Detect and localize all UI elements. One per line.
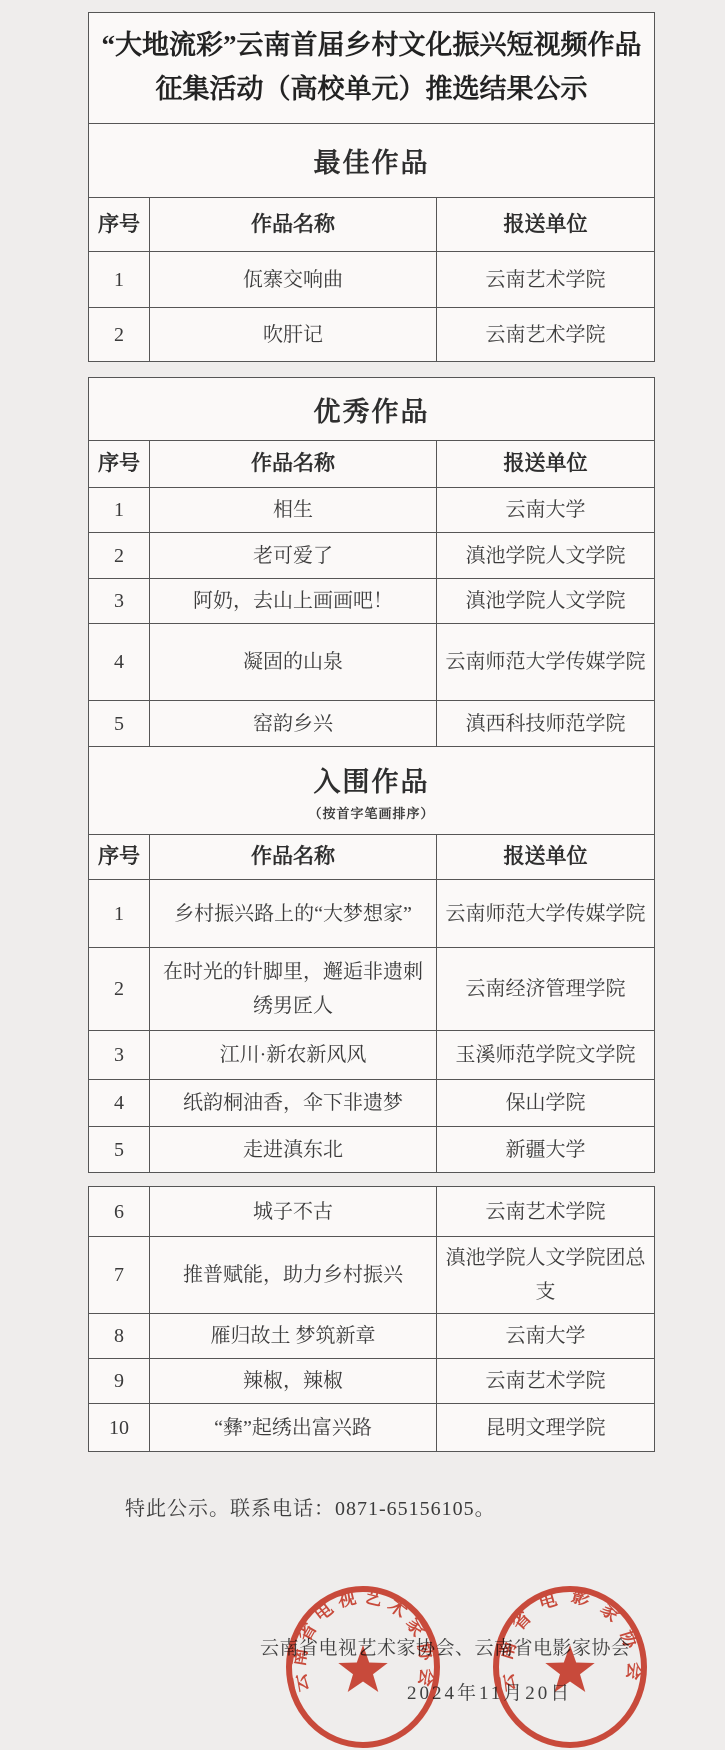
table-row: 9 辣椒，辣椒 云南艺术学院 (89, 1358, 654, 1403)
section-best: 最佳作品 (89, 123, 654, 197)
cell-work: 凝固的山泉 (149, 624, 436, 700)
cell-work: 走进滇东北 (149, 1127, 436, 1172)
star-icon (545, 1645, 594, 1692)
table-row: 3 江川·新农新风风 玉溪师范学院文学院 (89, 1030, 654, 1079)
cell-unit: 玉溪师范学院文学院 (436, 1031, 654, 1079)
header-cell-no: 序号 (89, 198, 149, 251)
table-row: 2 老可爱了 滇池学院人文学院 (89, 532, 654, 578)
section-shortlist: 入围作品 （按首字笔画排序） (89, 746, 654, 834)
cell-work: 佤寨交响曲 (149, 252, 436, 307)
cell-unit: 滇西科技师范学院 (436, 701, 654, 746)
table-row: 6 城子不古 云南艺术学院 (89, 1187, 654, 1236)
cell-work: “彝”起绣出富兴路 (149, 1404, 436, 1451)
section-heading-excellent: 优秀作品 (314, 390, 430, 429)
cell-unit: 滇池学院人文学院团总支 (436, 1237, 654, 1313)
cell-unit: 新疆大学 (436, 1127, 654, 1172)
header-cell-no: 序号 (89, 835, 149, 879)
cell-unit: 云南艺术学院 (436, 1187, 654, 1236)
table-header-row: 序号 作品名称 报送单位 (89, 197, 654, 251)
table-row: 1 乡村振兴路上的“大梦想家” 云南师范大学传媒学院 (89, 879, 654, 947)
cell-work: 城子不古 (149, 1187, 436, 1236)
cell-work: 辣椒，辣椒 (149, 1359, 436, 1403)
cell-work: 老可爱了 (149, 533, 436, 578)
cell-no: 3 (89, 1031, 149, 1079)
header-cell-unit: 报送单位 (436, 835, 654, 879)
table-row: 3 阿奶，去山上画画吧！ 滇池学院人文学院 (89, 578, 654, 623)
cell-no: 1 (89, 880, 149, 947)
official-stamp-film-association: 云南省电影家协会 (490, 1585, 650, 1749)
table-header-row: 序号 作品名称 报送单位 (89, 834, 654, 879)
table-row: 10 “彝”起绣出富兴路 昆明文理学院 (89, 1403, 654, 1451)
cell-unit: 云南艺术学院 (436, 308, 654, 361)
cell-no: 7 (89, 1237, 149, 1313)
best-works-table: “大地流彩”云南首届乡村文化振兴短视频作品征集活动（高校单元）推选结果公示 最佳… (88, 12, 655, 362)
announcement-document: “大地流彩”云南首届乡村文化振兴短视频作品征集活动（高校单元）推选结果公示 最佳… (88, 0, 655, 1521)
cell-no: 4 (89, 1080, 149, 1126)
table-row: 5 窑韵乡兴 滇西科技师范学院 (89, 700, 654, 746)
cell-no: 9 (89, 1359, 149, 1403)
table-row: 5 走进滇东北 新疆大学 (89, 1126, 654, 1172)
cell-unit: 云南艺术学院 (436, 1359, 654, 1403)
cell-unit: 云南师范大学传媒学院 (436, 624, 654, 700)
table-row: 4 纸韵桐油香，伞下非遗梦 保山学院 (89, 1079, 654, 1126)
page-title: “大地流彩”云南首届乡村文化振兴短视频作品征集活动（高校单元）推选结果公示 (89, 13, 654, 123)
cell-work: 在时光的针脚里，邂逅非遗刺绣男匠人 (149, 948, 436, 1030)
header-cell-work: 作品名称 (149, 835, 436, 879)
cell-no: 2 (89, 948, 149, 1030)
table-row: 4 凝固的山泉 云南师范大学传媒学院 (89, 623, 654, 700)
header-cell-unit: 报送单位 (436, 198, 654, 251)
cell-no: 1 (89, 252, 149, 307)
table-row: 1 相生 云南大学 (89, 487, 654, 532)
cell-work: 相生 (149, 488, 436, 532)
table-header-row: 序号 作品名称 报送单位 (89, 440, 654, 487)
section-heading-best: 最佳作品 (314, 141, 430, 180)
section-heading-shortlist: 入围作品 (314, 760, 430, 799)
cell-no: 4 (89, 624, 149, 700)
cell-work: 吹肝记 (149, 308, 436, 361)
table-row: 2 吹肝记 云南艺术学院 (89, 307, 654, 361)
cell-no: 2 (89, 533, 149, 578)
cell-work: 雁归故土 梦筑新章 (149, 1314, 436, 1358)
cell-work: 江川·新农新风风 (149, 1031, 436, 1079)
table-row: 7 推普赋能，助力乡村振兴 滇池学院人文学院团总支 (89, 1236, 654, 1313)
cell-unit: 云南艺术学院 (436, 252, 654, 307)
cell-no: 1 (89, 488, 149, 532)
cell-no: 5 (89, 1127, 149, 1172)
cell-no: 10 (89, 1404, 149, 1451)
shortlist-sort-note: （按首字笔画排序） (308, 803, 434, 822)
table-row: 1 佤寨交响曲 云南艺术学院 (89, 251, 654, 307)
cell-unit: 云南经济管理学院 (436, 948, 654, 1030)
cell-unit: 滇池学院人文学院 (436, 533, 654, 578)
cell-unit: 昆明文理学院 (436, 1404, 654, 1451)
cell-unit: 云南师范大学传媒学院 (436, 880, 654, 947)
header-cell-no: 序号 (89, 441, 149, 487)
table-row: 2 在时光的针脚里，邂逅非遗刺绣男匠人 云南经济管理学院 (89, 947, 654, 1030)
header-cell-work: 作品名称 (149, 198, 436, 251)
excellent-and-shortlist-table: 优秀作品 序号 作品名称 报送单位 1 相生 云南大学 2 老可爱了 滇池学院人… (88, 377, 655, 1173)
table-row: 8 雁归故土 梦筑新章 云南大学 (89, 1313, 654, 1358)
cell-unit: 云南大学 (436, 1314, 654, 1358)
header-cell-unit: 报送单位 (436, 441, 654, 487)
cell-no: 3 (89, 579, 149, 623)
cell-work: 窑韵乡兴 (149, 701, 436, 746)
cell-work: 乡村振兴路上的“大梦想家” (149, 880, 436, 947)
section-excellent: 优秀作品 (89, 378, 654, 440)
cell-unit: 滇池学院人文学院 (436, 579, 654, 623)
cell-work: 推普赋能，助力乡村振兴 (149, 1237, 436, 1313)
cell-unit: 云南大学 (436, 488, 654, 532)
notice-text: 特此公示。联系电话：0871-65156105。 (125, 1492, 655, 1521)
official-stamp-tv-artists-association: 云南省电视艺术家协会 (283, 1585, 443, 1749)
cell-no: 8 (89, 1314, 149, 1358)
cell-no: 2 (89, 308, 149, 361)
cell-work: 阿奶，去山上画画吧！ (149, 579, 436, 623)
header-cell-work: 作品名称 (149, 441, 436, 487)
cell-work: 纸韵桐油香，伞下非遗梦 (149, 1080, 436, 1126)
cell-no: 5 (89, 701, 149, 746)
cell-unit: 保山学院 (436, 1080, 654, 1126)
shortlist-table-continued: 6 城子不古 云南艺术学院 7 推普赋能，助力乡村振兴 滇池学院人文学院团总支 … (88, 1186, 655, 1452)
cell-no: 6 (89, 1187, 149, 1236)
star-icon (338, 1645, 387, 1692)
